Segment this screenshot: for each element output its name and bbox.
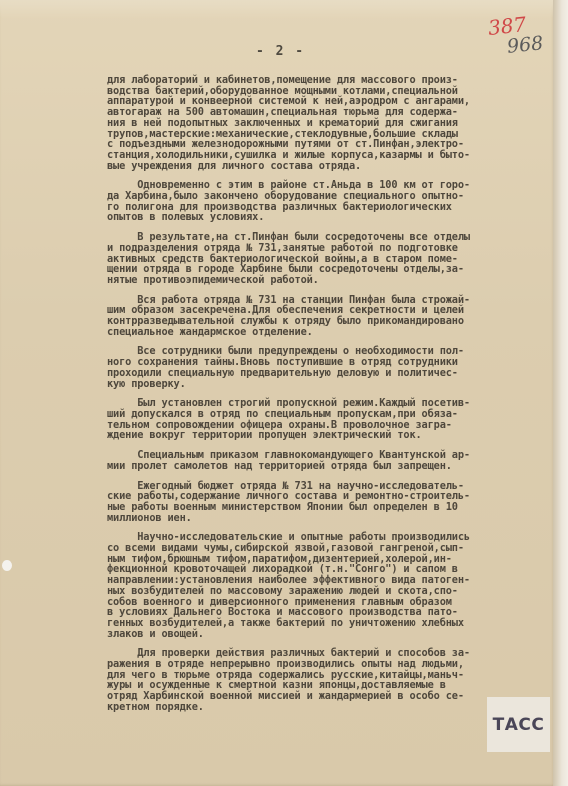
watermark-text: ТАСС [493, 715, 545, 735]
document-page: - 2 - 387 968 для лабораторий и кабинето… [0, 0, 556, 786]
text-line: ные работы военным министерством Японии … [107, 502, 555, 513]
archive-number-gray: 968 [506, 32, 544, 58]
page-top-edge [0, 0, 556, 18]
paragraph: Вся работа отряда № 731 на станции Пинфа… [107, 295, 555, 338]
text-line: ния в ней подопытных заключенных и крема… [107, 118, 555, 129]
text-line: злаков и овощей. [107, 629, 555, 640]
text-line: вые учреждения для личного состава отряд… [107, 161, 555, 172]
text-line: ждение вокруг территории пропущен электр… [107, 430, 555, 441]
text-line: миллионов иен. [107, 513, 555, 524]
paragraph: Все сотрудники были предупреждены о необ… [107, 346, 555, 389]
text-line: нятые противоэпидемической работой. [107, 275, 555, 286]
text-line: ных возбудителей по массовому заражению … [107, 586, 555, 597]
paragraph: Был установлен строгий пропускной режим.… [107, 398, 555, 441]
text-line: проходили специальную предварительную де… [107, 368, 555, 379]
paragraph: Научно-исследовательские и опытные работ… [107, 532, 555, 639]
paragraph: Ежегодный бюджет отряда № 731 на научно-… [107, 481, 555, 524]
document-body: для лабораторий и кабинетов,помещение дл… [107, 75, 555, 722]
paragraph: Специальным приказом главнокомандующего … [107, 450, 555, 471]
text-line: специальное жандармское отделение. [107, 327, 555, 338]
page-right-edge [553, 0, 568, 786]
tass-watermark: ТАСС [487, 697, 550, 752]
paragraph: Одновременно с этим в районе ст.Аньда в … [107, 180, 555, 223]
paragraph: для лабораторий и кабинетов,помещение дл… [107, 75, 555, 171]
text-line: и подразделения отряда № 731,занятые раб… [107, 243, 555, 254]
paragraph: В результате,на ст.Пинфан были сосредото… [107, 232, 555, 286]
text-line: опытов в полевых условиях. [107, 212, 555, 223]
text-line: кую проверку. [107, 379, 555, 390]
binder-hole [2, 560, 12, 571]
page-number: - 2 - [256, 44, 305, 59]
text-line: мии пролет самолетов над территорией отр… [107, 461, 555, 472]
